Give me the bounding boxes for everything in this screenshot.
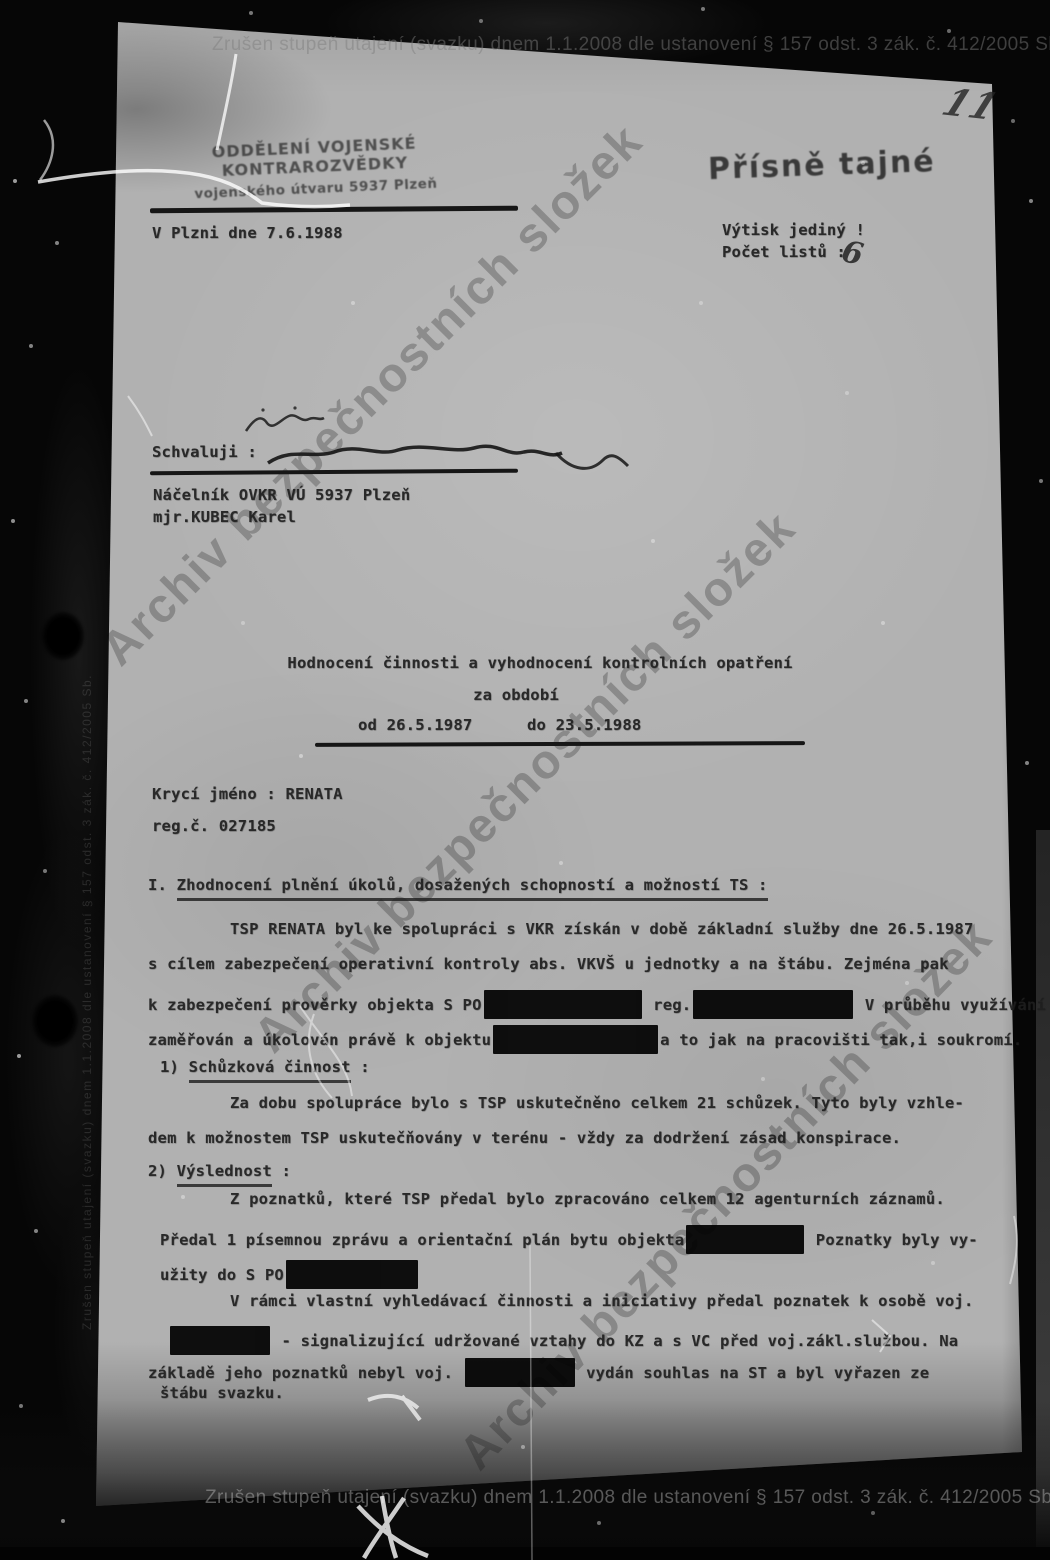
document-line: k zabezpečení prověrky objekta S PO reg.… [148, 990, 1050, 1019]
document-line: zaměřován a úkolován právě k objektua to… [148, 1025, 1022, 1054]
declassification-note-bottom: Zrušen stupeň utajení (svazku) dnem 1.1.… [205, 1487, 1050, 1509]
document-line: V rámci vlastní vyhledávací činnosti a i… [230, 1292, 973, 1310]
approver-name: mjr.KUBEC Karel [153, 508, 296, 526]
left-edge-faint-note: Zrušen stupeň utajení (svazku) dnem 1.1.… [80, 674, 94, 1330]
document-title: Hodnocení činnosti a vyhodnocení kontrol… [287, 654, 792, 672]
redaction-box [170, 1326, 270, 1355]
text-segment: zaměřován a úkolován právě k objektu [148, 1031, 491, 1049]
copy-line1: Výtisk jediný ! [722, 221, 865, 239]
codename-line: Krycí jméno : RENATA [152, 785, 343, 803]
scanned-document-page: Archiv bezpečnostních složek Archiv bezp… [0, 0, 1050, 1560]
document-line: štábu svazku. [160, 1384, 284, 1402]
approval-label: Schvaluji : [152, 443, 257, 461]
punch-hole [32, 995, 78, 1047]
text-segment: Z poznatků, které TSP předal bylo zpraco… [230, 1190, 945, 1208]
text-segment: V rámci vlastní vyhledávací činnosti a i… [230, 1292, 973, 1310]
text-segment: Poznatky byly vy- [806, 1231, 978, 1249]
dateline: V Plzni dne 7.6.1988 [152, 224, 343, 242]
text-segment: - signalizující udržované vztahy do KZ a… [272, 1332, 958, 1350]
registration-line: reg.č. 027185 [152, 817, 276, 835]
bottom-black-edge [0, 1547, 1050, 1560]
document-line: 1) Schůzková činnost : [160, 1058, 370, 1076]
text-segment: vydán souhlas na ST a byl vyřazen ze [577, 1364, 930, 1382]
document-line: Za dobu spolupráce bylo s TSP uskutečněn… [230, 1094, 964, 1112]
text-segment: dem k možnostem TSP uskutečňovány v teré… [148, 1129, 901, 1147]
text-segment: k zabezpečení prověrky objekta S PO [148, 996, 482, 1014]
text-segment: 1) [160, 1058, 189, 1076]
document-line: Z poznatků, které TSP předal bylo zpraco… [230, 1190, 945, 1208]
text-segment: Předal 1 písemnou zprávu a orientační pl… [160, 1231, 684, 1249]
text-segment: V průběhu využívání byl [855, 996, 1050, 1014]
document-line: - signalizující udržované vztahy do KZ a… [168, 1326, 958, 1355]
text-segment: : [272, 1162, 291, 1180]
document-line: TSP RENATA byl ke spolupráci s VKR získá… [230, 920, 973, 938]
dust-speckles [0, 0, 2, 2]
text-segment: 2) [148, 1162, 177, 1180]
period-to: do 23.5.1988 [527, 716, 641, 734]
document-line: užity do S PO [160, 1260, 420, 1289]
document-subtitle: za období [473, 686, 559, 704]
text-segment: Zhodnocení plnění úkolů, dosažených scho… [177, 876, 768, 901]
document-line: s cílem zabezpečení operativní kontroly … [148, 955, 949, 973]
redaction-box [465, 1358, 575, 1387]
text-segment: : [351, 1058, 370, 1076]
text-segment: TSP RENATA byl ke spolupráci s VKR získá… [230, 920, 973, 938]
redaction-box [484, 990, 642, 1019]
document-line: základě jeho poznatků nebyl voj. vydán s… [148, 1358, 929, 1387]
document-line: 2) Výslednost : [148, 1162, 291, 1180]
text-segment: Za dobu spolupráce bylo s TSP uskutečněn… [230, 1094, 964, 1112]
text-segment: Výslednost [177, 1162, 272, 1187]
redaction-box [693, 990, 853, 1019]
document-line: I. Zhodnocení plnění úkolů, dosažených s… [148, 876, 768, 894]
text-segment: štábu svazku. [160, 1384, 284, 1402]
document-line: Předal 1 písemnou zprávu a orientační pl… [160, 1225, 978, 1254]
redaction-box [686, 1225, 804, 1254]
copy-line2: Počet listů : [722, 243, 846, 261]
approver-title: Náčelník OVKR VÚ 5937 Plzeň [153, 486, 410, 504]
declassification-note-top: Zrušen stupeň utajení (svazku) dnem 1.1.… [212, 34, 1050, 56]
text-segment: a to jak na pracovišti tak,i soukromí. [660, 1031, 1022, 1049]
text-segment: užity do S PO [160, 1266, 284, 1284]
text-segment: reg. [644, 996, 692, 1014]
text-segment: Schůzková činnost [189, 1058, 351, 1083]
text-segment: základě jeho poznatků nebyl voj. [148, 1364, 463, 1382]
redaction-box [493, 1025, 658, 1054]
text-segment: I. [148, 876, 177, 894]
right-edge-strip [1036, 830, 1050, 1560]
period-from: od 26.5.1987 [358, 716, 472, 734]
text-segment: s cílem zabezpečení operativní kontroly … [148, 955, 949, 973]
document-line: dem k možnostem TSP uskutečňovány v teré… [148, 1129, 901, 1147]
punch-hole [42, 612, 84, 660]
redaction-box [286, 1260, 418, 1289]
